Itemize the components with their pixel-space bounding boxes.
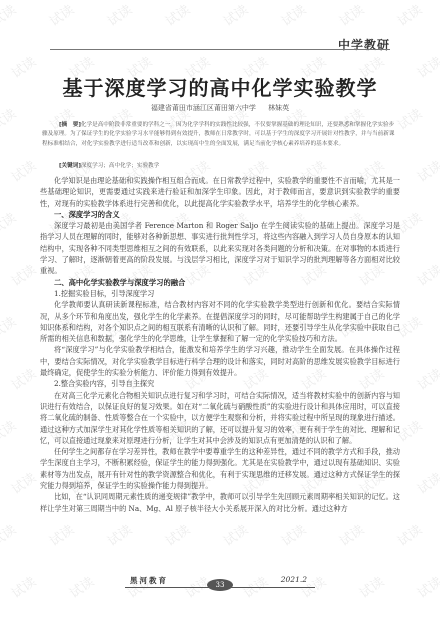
- issue-date: 2021.2: [281, 575, 307, 584]
- article-body: 化学知识是由理论基础和实践操作相互组合而成。在日常教学过程中，实验教学的重要性不…: [40, 175, 400, 514]
- affiliation: 福建省莆田市涵江区莆田第六中学: [151, 104, 256, 112]
- journal-name: 黑河教育: [130, 575, 168, 586]
- watermark-text: 试读: [161, 0, 193, 30]
- watermark-text: 试读: [45, 519, 77, 549]
- watermark-text: 试读: [7, 259, 39, 289]
- watermark-text: 试读: [335, 519, 367, 549]
- watermark-text: 试读: [393, 0, 425, 30]
- author-name: 林妹英: [268, 104, 289, 112]
- paragraph: 深度学习最初是由美国学者 Ference Marton 和 Roger Salj…: [40, 220, 400, 276]
- watermark-text: 试读: [413, 363, 440, 393]
- watermark-text: 试读: [45, 0, 77, 30]
- watermark-text: 试读: [413, 155, 440, 185]
- watermark-text: 试读: [65, 571, 97, 601]
- paragraph: 比如，在“认识同周期元素性质的递变规律”教学中，教师可以引导学生先回顾元素周期率…: [40, 491, 400, 514]
- watermark-text: 试读: [0, 0, 19, 30]
- watermark-text: 试读: [161, 519, 193, 549]
- section-heading: 二、高中化学实验教学与深度学习的融合: [40, 277, 400, 288]
- subsection-heading: 1.挖掘实验目标，引导深度学习: [40, 288, 400, 299]
- watermark-text: 试读: [7, 467, 39, 497]
- keywords-text: 深度学习；高中化学；实验教学: [81, 163, 159, 169]
- watermark-text: 试读: [335, 0, 367, 30]
- watermark-text: 试读: [393, 519, 425, 549]
- watermark-text: 试读: [413, 571, 440, 601]
- watermark-text: 试读: [0, 519, 19, 549]
- paragraph: 将“深度学习”与化学实验教学相结合，能激发和培养学生的学习兴趣，推动学生全面发展…: [40, 344, 400, 378]
- watermark-text: 试读: [0, 207, 19, 237]
- page-number: 33: [207, 579, 233, 591]
- watermark-text: 试读: [0, 311, 19, 341]
- watermark-text: 试读: [0, 415, 19, 445]
- abstract: [摘 要]化学是高中阶段非常重要的学科之一。因为化学学科的实践性比较强，不仅要掌…: [42, 121, 398, 149]
- paragraph: 任何学生之间都存在学习差异性，教师在教学中要尊重学生的这种差异性，通过不同的教学…: [40, 446, 400, 491]
- byline: 福建省莆田市涵江区莆田第六中学 林妹英: [0, 103, 440, 113]
- watermark-text: 试读: [7, 363, 39, 393]
- watermark-text: 试读: [413, 467, 440, 497]
- header-rule: [50, 49, 390, 50]
- page-footer: 黑河教育 33 2021.2: [125, 575, 315, 591]
- watermark-text: 试读: [103, 519, 135, 549]
- watermark-text: 试读: [355, 571, 387, 601]
- watermark-text: 试读: [7, 571, 39, 601]
- section-heading: 一、深度学习的含义: [40, 209, 400, 220]
- column-tag: 中学教研: [338, 36, 390, 53]
- keywords-label: [关键词]: [59, 163, 81, 169]
- watermark-text: 试读: [277, 519, 309, 549]
- subsection-heading: 2.整合实验内容，引导自主探究: [40, 378, 400, 389]
- watermark-text: 试读: [277, 0, 309, 30]
- paragraph: 化学知识是由理论基础和实践操作相互组合而成。在日常教学过程中，实验教学的重要性不…: [40, 175, 400, 209]
- abstract-label: [摘 要]: [59, 122, 81, 128]
- paragraph: 化学教师要认真研读新课程标准，结合教材内容对不同的化学实验教学类型进行创新和优化…: [40, 299, 400, 344]
- watermark-text: 试读: [103, 0, 135, 30]
- watermark-text: 试读: [219, 0, 251, 30]
- watermark-text: 试读: [413, 259, 440, 289]
- watermark-text: 试读: [219, 519, 251, 549]
- watermark-text: 试读: [7, 155, 39, 185]
- article-title: 基于深度学习的高中化学实验教学: [0, 72, 440, 101]
- paragraph: 在对高三化学元素化合物相关知识点进行复习和学习时，可结合实际情况，适当将教材实验…: [40, 390, 400, 446]
- abstract-text: 化学是高中阶段非常重要的学科之一。因为化学学科的实践性比较强，不仅要掌握基础的理…: [42, 122, 394, 147]
- keywords: [关键词]深度学习；高中化学；实验教学: [59, 161, 159, 169]
